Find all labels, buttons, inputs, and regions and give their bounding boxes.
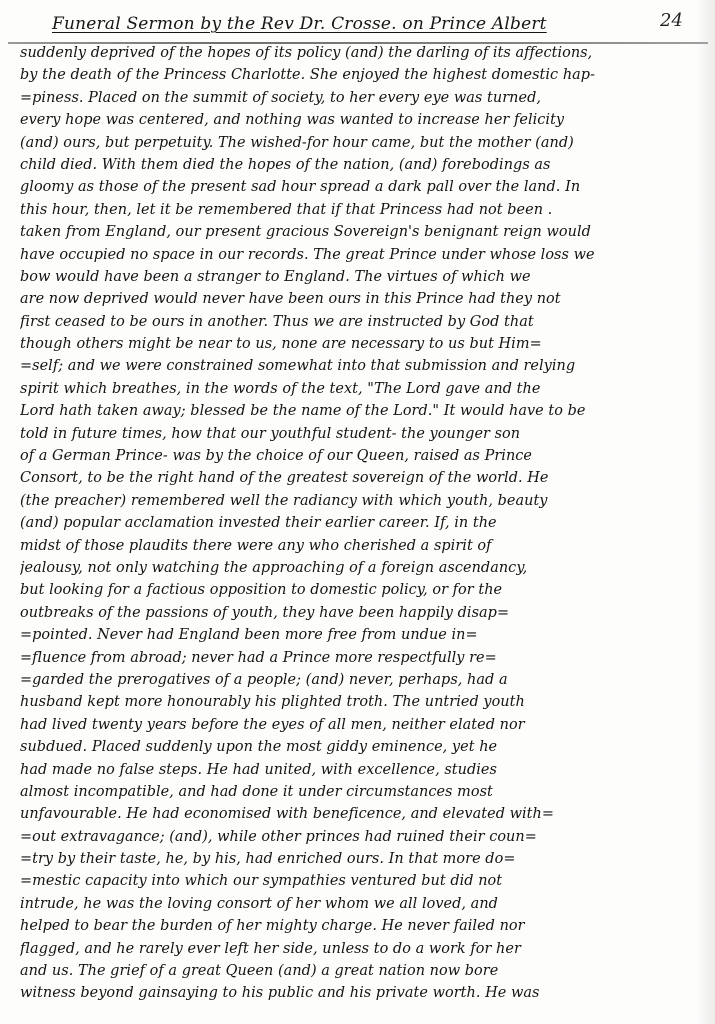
text-line: gloomy as those of the present sad hour …: [20, 176, 692, 198]
page-header: Funeral Sermon by the Rev Dr. Crosse. on…: [0, 10, 715, 44]
text-line: this hour, then, let it be remembered th…: [20, 199, 692, 221]
text-line: (and) popular acclamation invested their…: [20, 512, 692, 534]
text-line: =try by their taste, he, by his, had enr…: [20, 848, 692, 870]
text-line: first ceased to be ours in another. Thus…: [20, 311, 692, 333]
text-line: jealousy, not only watching the approach…: [20, 557, 692, 579]
page-number: 24: [660, 10, 683, 31]
text-line: though others might be near to us, none …: [20, 333, 692, 355]
page-title: Funeral Sermon by the Rev Dr. Crosse. on…: [52, 14, 547, 34]
text-line: =out extravagance; (and), while other pr…: [20, 826, 692, 848]
handwritten-body: suddenly deprived of the hopes of its po…: [20, 42, 700, 1005]
text-line: bow would have been a stranger to Englan…: [20, 266, 692, 288]
text-line: almost incompatible, and had done it und…: [20, 781, 692, 803]
text-line: are now deprived would never have been o…: [20, 288, 692, 310]
text-line: witness beyond gainsaying to his public …: [20, 982, 692, 1004]
text-line: spirit which breathes, in the words of t…: [20, 378, 692, 400]
text-line: but looking for a factious opposition to…: [20, 579, 692, 601]
text-line: told in future times, how that our youth…: [20, 423, 692, 445]
text-line: husband kept more honourably his plighte…: [20, 691, 692, 713]
manuscript-page: Funeral Sermon by the Rev Dr. Crosse. on…: [0, 0, 715, 1024]
text-line: (and) ours, but perpetuity. The wished-f…: [20, 132, 692, 154]
text-line: helped to bear the burden of her mighty …: [20, 915, 692, 937]
text-line: intrude, he was the loving consort of he…: [20, 893, 692, 915]
text-line: by the death of the Princess Charlotte. …: [20, 64, 692, 86]
text-line: flagged, and he rarely ever left her sid…: [20, 938, 692, 960]
text-line: =garded the prerogatives of a people; (a…: [20, 669, 692, 691]
text-line: had made no false steps. He had united, …: [20, 759, 692, 781]
text-line: of a German Prince- was by the choice of…: [20, 445, 692, 467]
text-line: Consort, to be the right hand of the gre…: [20, 467, 692, 489]
text-line: child died. With them died the hopes of …: [20, 154, 692, 176]
text-line: =pointed. Never had England been more fr…: [20, 624, 692, 646]
text-line: and us. The grief of a great Queen (and)…: [20, 960, 692, 982]
text-line: =self; and we were constrained somewhat …: [20, 355, 692, 377]
text-line: Lord hath taken away; blessed be the nam…: [20, 400, 692, 422]
text-line: have occupied no space in our records. T…: [20, 244, 692, 266]
text-line: (the preacher) remembered well the radia…: [20, 490, 692, 512]
text-line: taken from England, our present gracious…: [20, 221, 692, 243]
text-line: subdued. Placed suddenly upon the most g…: [20, 736, 692, 758]
text-line: outbreaks of the passions of youth, they…: [20, 602, 692, 624]
text-line: suddenly deprived of the hopes of its po…: [20, 42, 692, 64]
text-line: midst of those plaudits there were any w…: [20, 535, 692, 557]
text-line: =mestic capacity into which our sympathi…: [20, 870, 692, 892]
text-line: =fluence from abroad; never had a Prince…: [20, 647, 692, 669]
text-line: =piness. Placed on the summit of society…: [20, 87, 692, 109]
text-line: unfavourable. He had economised with ben…: [20, 803, 692, 825]
text-line: every hope was centered, and nothing was…: [20, 109, 692, 131]
text-line: had lived twenty years before the eyes o…: [20, 714, 692, 736]
